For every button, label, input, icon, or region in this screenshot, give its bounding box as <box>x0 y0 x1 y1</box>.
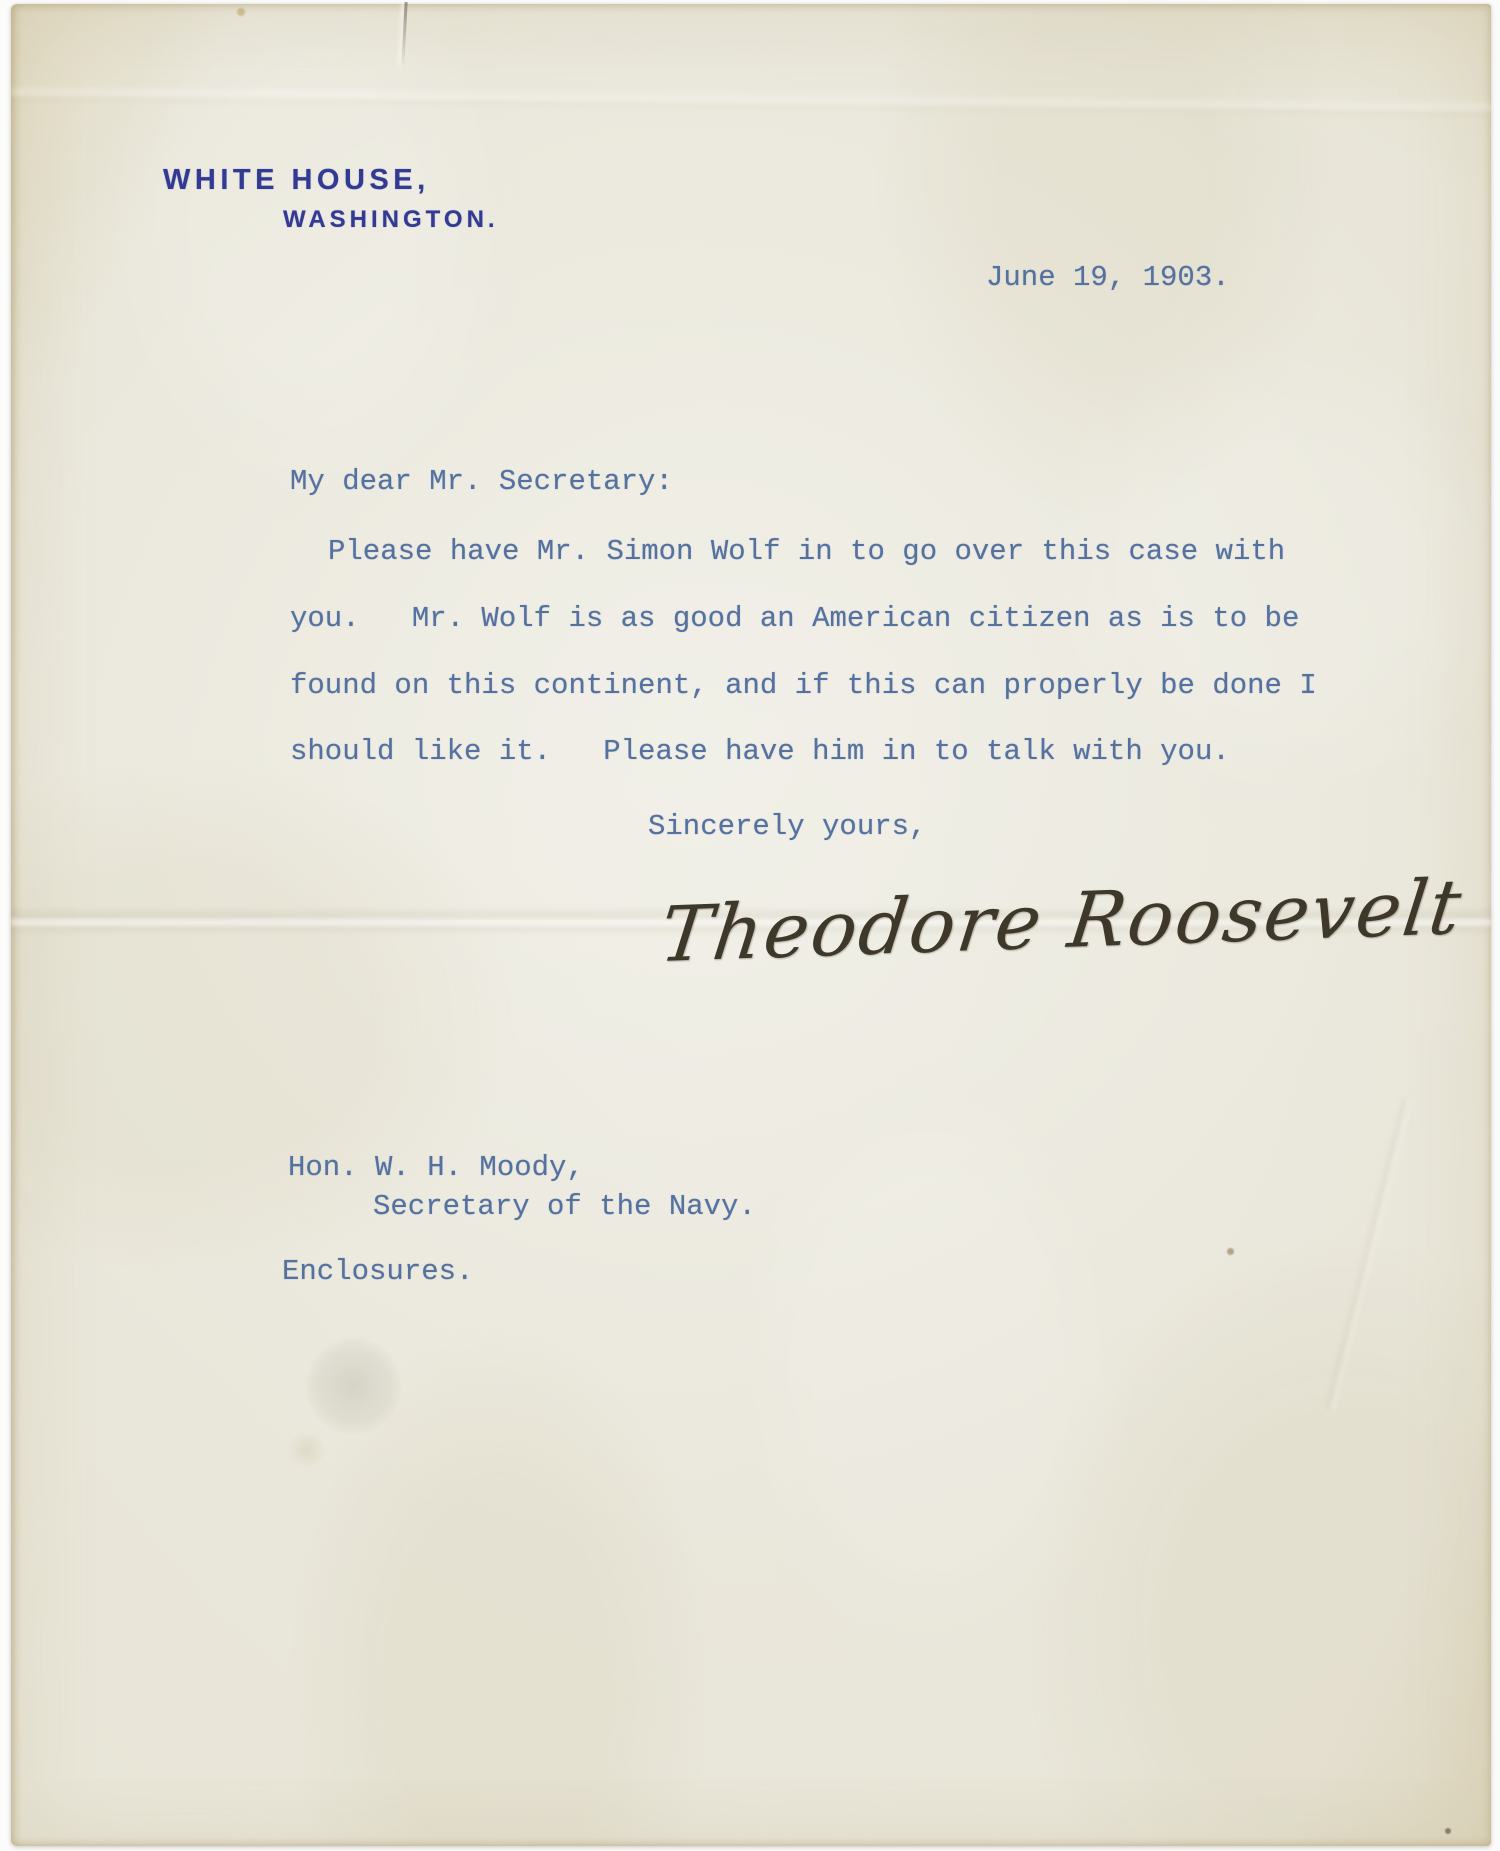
foxing-spot <box>1227 1248 1234 1255</box>
body-line-1: Please have Mr. Simon Wolf in to go over… <box>328 535 1285 569</box>
foxing-spot <box>237 8 245 16</box>
recipient-title: Secretary of the Navy. <box>373 1190 756 1224</box>
paper-crease-right <box>1323 1097 1414 1411</box>
body-line-2: you. Mr. Wolf is as good an American cit… <box>290 602 1299 636</box>
closing-phrase: Sincerely yours, <box>648 810 926 844</box>
recipient-name: Hon. W. H. Moody, <box>288 1151 584 1185</box>
ink-smudge <box>306 1336 401 1436</box>
letter-paper: WHITE HOUSE, WASHINGTON. June 19, 1903. … <box>11 4 1491 1846</box>
paper-crease-upper <box>11 84 1491 117</box>
letterhead-white-house: WHITE HOUSE, <box>163 164 430 197</box>
handwritten-signature: Theodore Roosevelt <box>656 862 1468 979</box>
body-line-4: should like it. Please have him in to ta… <box>290 735 1230 769</box>
salutation: My dear Mr. Secretary: <box>290 465 673 499</box>
date-line: June 19, 1903. <box>986 261 1230 295</box>
paper-tear <box>401 2 407 66</box>
foxing-spot <box>1445 1828 1451 1834</box>
letterhead-washington: WASHINGTON. <box>283 206 499 234</box>
enclosures-note: Enclosures. <box>282 1255 473 1289</box>
body-line-3: found on this continent, and if this can… <box>290 669 1317 703</box>
foxing-blotch <box>285 1434 329 1466</box>
